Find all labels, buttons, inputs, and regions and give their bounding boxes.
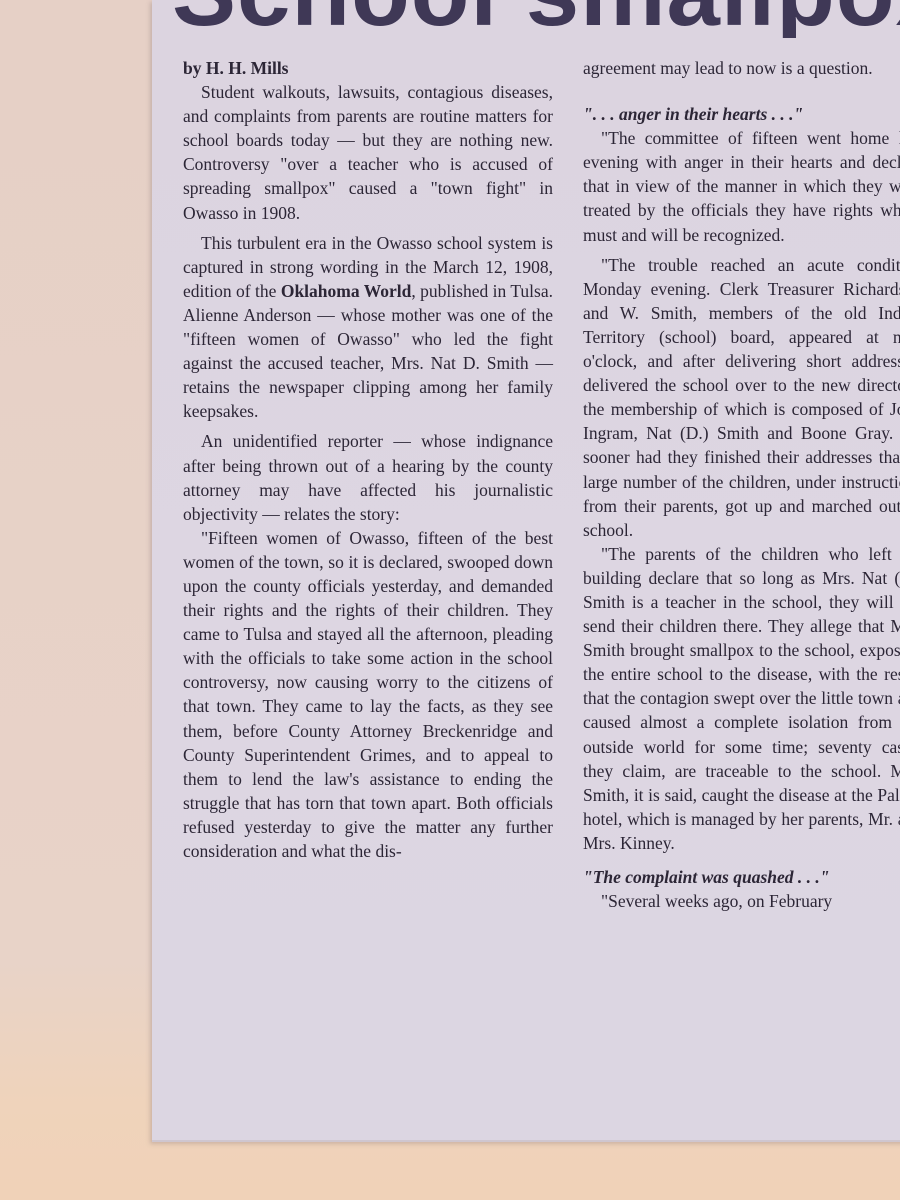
newspaper-clipping	[152, 0, 900, 1142]
